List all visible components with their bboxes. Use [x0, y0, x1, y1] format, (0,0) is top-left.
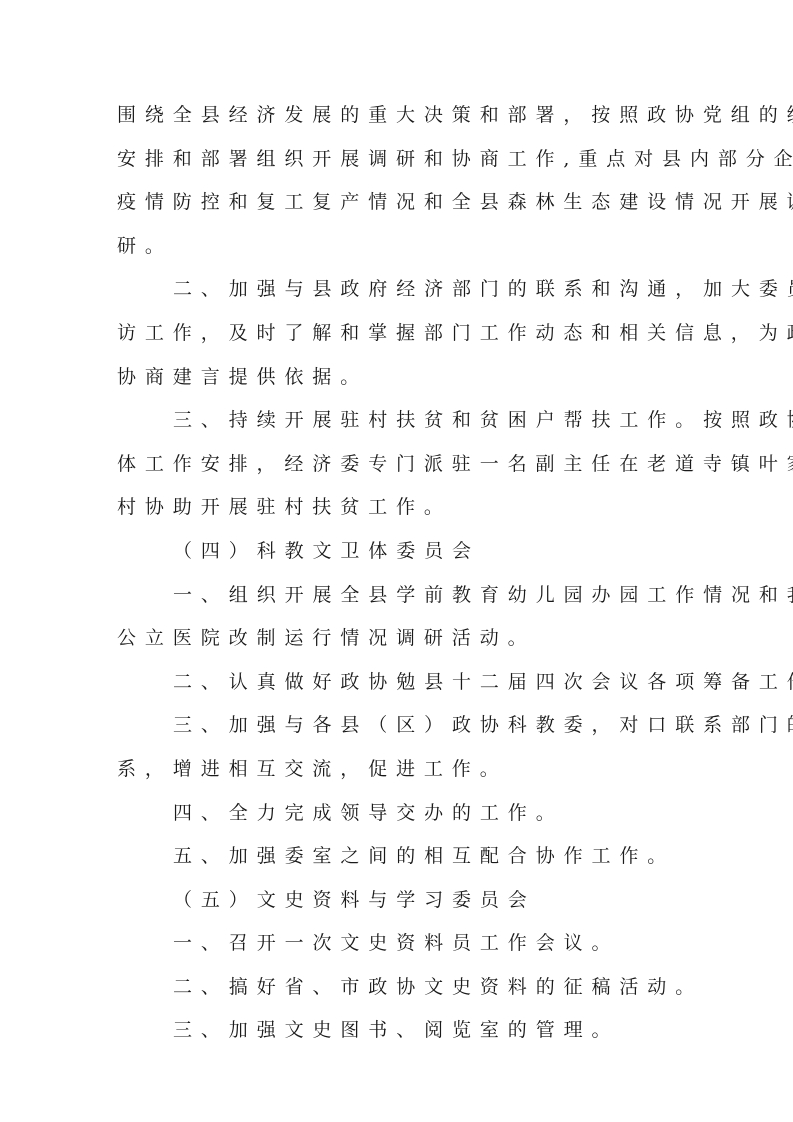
paragraph-line: 研。 [117, 225, 679, 269]
paragraph-line: 五、加强委室之间的相互配合协作工作。 [117, 835, 679, 879]
paragraph-line: 一、组织开展全县学前教育幼儿园办园工作情况和我县 [117, 574, 679, 618]
paragraph-line: 三、加强文史图书、阅览室的管理。 [117, 1009, 679, 1053]
paragraph-line: 疫情防控和复工复产情况和全县森林生态建设情况开展调 [117, 181, 679, 225]
paragraph-line: 三、加强与各县（区）政协科教委，对口联系部门的联 [117, 704, 679, 748]
paragraph-line: 三、持续开展驻村扶贫和贫困户帮扶工作。按照政协整 [117, 399, 679, 443]
paragraph-line: 二、搞好省、市政协文史资料的征稿活动。 [117, 966, 679, 1010]
paragraph-line: 公立医院改制运行情况调研活动。 [117, 617, 679, 661]
paragraph-line: 四、全力完成领导交办的工作。 [117, 792, 679, 836]
paragraph-line: 一、召开一次文史资料员工作会议。 [117, 922, 679, 966]
paragraph-line: 体工作安排，经济委专门派驻一名副主任在老道寺镇叶家沟 [117, 443, 679, 487]
paragraph-line: 围绕全县经济发展的重大决策和部署，按照政协党组的统一 [117, 94, 679, 138]
paragraph-line: 协商建言提供依据。 [117, 356, 679, 400]
paragraph-line: 二、认真做好政协勉县十二届四次会议各项筹备工作。 [117, 661, 679, 705]
paragraph-line: 访工作，及时了解和掌握部门工作动态和相关信息，为政协 [117, 312, 679, 356]
paragraph-line: 系，增进相互交流，促进工作。 [117, 748, 679, 792]
section-heading: （四）科教文卫体委员会 [117, 530, 679, 574]
document-page: 围绕全县经济发展的重大决策和部署，按照政协党组的统一 安排和部署组织开展调研和协… [117, 94, 679, 1053]
paragraph-line: 二、加强与县政府经济部门的联系和沟通，加大委员走 [117, 268, 679, 312]
section-heading: （五）文史资料与学习委员会 [117, 879, 679, 923]
paragraph-line: 村协助开展驻村扶贫工作。 [117, 486, 679, 530]
paragraph-line: 安排和部署组织开展调研和协商工作,重点对县内部分企业 [117, 138, 679, 182]
